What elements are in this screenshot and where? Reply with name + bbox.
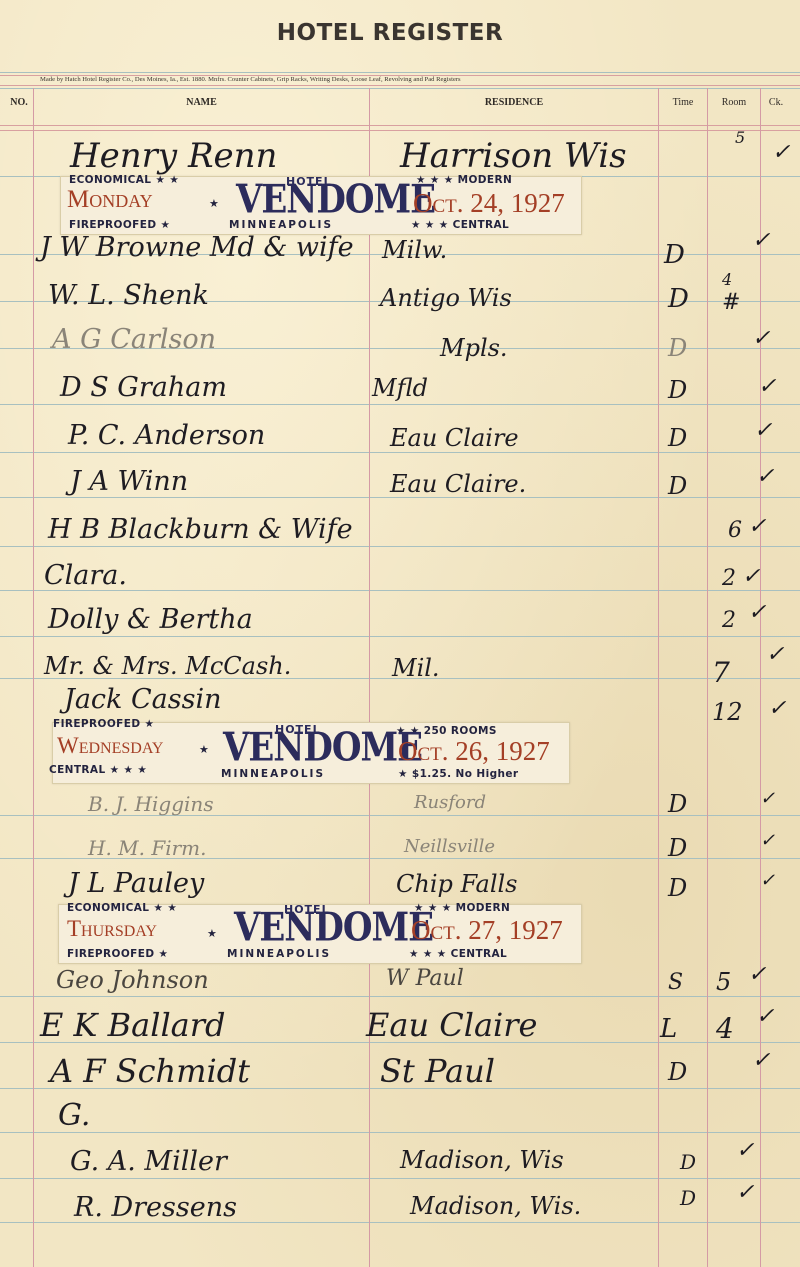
guest-name: J A Winn — [70, 466, 188, 497]
rule-line — [0, 996, 800, 997]
stamp-date: Oct. 27, 1927 — [411, 915, 563, 946]
room-number: 6 — [728, 518, 742, 543]
stamp-hotel-name: VENDOME — [234, 905, 433, 951]
check-mark: ✓ — [760, 870, 775, 891]
stamp-date: Oct. 24, 1927 — [413, 188, 565, 219]
guest-name: Dolly & Bertha — [48, 604, 253, 635]
guest-residence: Antigo Wis — [380, 284, 512, 312]
check-mark: ✓ — [760, 788, 775, 809]
guest-residence: W Paul — [386, 966, 464, 991]
check-mark: # — [722, 290, 740, 315]
star-icon: ★ — [209, 197, 219, 210]
guest-residence: Milw. — [382, 236, 447, 264]
room-number: 5 — [716, 968, 731, 996]
check-mark: ✓ — [748, 600, 766, 625]
column-rule — [369, 88, 370, 1267]
guest-residence: Eau Claire — [366, 1006, 537, 1044]
guest-name: Jack Cassin — [64, 684, 221, 715]
guest-residence: Mpls. — [440, 334, 508, 362]
stamp-bottom-center: MINNEAPOLIS — [227, 948, 331, 960]
guest-name: Mr. & Mrs. McCash. — [44, 652, 291, 680]
stamp-bottom-left: FIREPROOFED ★ — [69, 219, 170, 231]
check-mark: ✓ — [736, 1138, 754, 1163]
stamp-bottom-right: ★ ★ ★ CENTRAL — [409, 948, 507, 960]
stamp-bottom-right: ★ ★ ★ CENTRAL — [411, 219, 509, 231]
date-stamp: ECONOMICAL ★ ★ ★ ★ ★ MODERN Monday ★ HOT… — [60, 176, 582, 235]
stamp-bottom-left: CENTRAL ★ ★ ★ — [49, 764, 147, 776]
column-header-no: NO. — [4, 97, 34, 108]
time-code: D — [668, 334, 687, 362]
room-number: 5 — [735, 128, 745, 147]
stamp-day: Monday — [67, 186, 153, 214]
guest-name: Henry Renn — [70, 136, 277, 176]
rule-line — [0, 88, 800, 89]
guest-name: H. M. Firm. — [88, 836, 207, 860]
time-code: L — [660, 1014, 677, 1044]
rule-line — [0, 1132, 800, 1133]
check-mark: ✓ — [752, 326, 770, 351]
check-mark: ✓ — [756, 464, 774, 489]
check-mark: ✓ — [752, 1048, 770, 1073]
stamp-top-left: ECONOMICAL ★ ★ — [69, 174, 179, 186]
star-icon: ★ — [207, 927, 217, 940]
guest-name: E K Ballard — [40, 1006, 226, 1044]
rule-line — [0, 130, 800, 131]
check-mark: ✓ — [748, 514, 766, 539]
time-code: D — [668, 472, 687, 500]
guest-name: G. — [58, 1098, 90, 1133]
check-mark: ✓ — [736, 1180, 754, 1205]
guest-name: A G Carlson — [52, 324, 216, 355]
stamp-bottom-center: MINNEAPOLIS — [229, 219, 333, 231]
check-mark: ✓ — [756, 1004, 774, 1029]
rule-line — [0, 125, 800, 126]
guest-residence: Madison, Wis — [400, 1146, 564, 1174]
check-mark: ✓ — [742, 564, 760, 589]
time-code: D — [680, 1186, 696, 1210]
time-code: D — [680, 1150, 696, 1174]
time-code: D — [664, 240, 685, 270]
manufacturer-line: Made by Hatch Hotel Register Co., Des Mo… — [40, 76, 461, 83]
stamp-bottom-center: MINNEAPOLIS — [221, 768, 325, 780]
check-mark: ✓ — [754, 418, 772, 443]
time-code: S — [668, 970, 683, 995]
guest-name: G. A. Miller — [70, 1146, 227, 1177]
guest-name: B. J. Higgins — [88, 792, 214, 816]
stamp-bottom-right: ★ $1.25. No Higher — [398, 768, 518, 780]
time-code: D — [668, 284, 689, 314]
column-rule — [658, 88, 659, 1267]
rule-line — [0, 546, 800, 547]
time-code: D — [668, 790, 687, 818]
guest-residence: Madison, Wis. — [410, 1192, 581, 1220]
rule-line — [0, 72, 800, 73]
stamp-day: Thursday — [67, 916, 157, 942]
stamp-top-left: ECONOMICAL ★ ★ — [67, 902, 177, 914]
register-title: HOTEL REGISTER — [0, 20, 780, 46]
star-icon: ★ — [199, 743, 209, 756]
guest-name: J W Browne Md & wife — [40, 232, 354, 263]
check-mark: ✓ — [772, 140, 790, 165]
rule-line — [0, 1178, 800, 1179]
room-number: 7 — [712, 656, 730, 689]
rule-line — [0, 75, 800, 76]
check-mark: ✓ — [752, 228, 770, 253]
guest-name: D S Graham — [60, 372, 227, 403]
rule-line — [0, 452, 800, 453]
guest-residence: Rusford — [414, 792, 486, 813]
guest-residence: Neillsville — [404, 836, 495, 857]
time-code: D — [668, 424, 687, 452]
room-number: 2 — [722, 566, 736, 591]
column-header-time: Time — [659, 97, 707, 108]
column-rule — [707, 88, 708, 1267]
guest-residence: Eau Claire — [390, 424, 519, 452]
stamp-bottom-left: FIREPROOFED ★ — [67, 948, 168, 960]
column-header-room: Room — [708, 97, 760, 108]
column-rule — [760, 88, 761, 1267]
guest-name: A F Schmidt — [50, 1052, 250, 1090]
time-code: D — [668, 376, 687, 404]
stamp-hotel-name: VENDOME — [236, 177, 435, 223]
room-number: 12 — [712, 698, 743, 726]
guest-name: P. C. Anderson — [68, 420, 265, 451]
room-number: 4 — [716, 1012, 734, 1045]
column-rule — [33, 88, 34, 1267]
guest-name: R. Dressens — [74, 1192, 237, 1223]
stamp-top-left: FIREPROOFED ★ — [53, 718, 154, 730]
stamp-hotel-name: VENDOME — [223, 725, 422, 771]
guest-name: Clara. — [44, 560, 127, 591]
check-mark: ✓ — [758, 374, 776, 399]
check-mark: ✓ — [766, 642, 784, 667]
guest-residence: Harrison Wis — [400, 136, 627, 176]
rule-line — [0, 404, 800, 405]
time-code: D — [668, 874, 687, 902]
column-header-ck: Ck. — [761, 97, 791, 108]
stamp-day: Wednesday — [57, 733, 163, 759]
rule-line — [0, 636, 800, 637]
time-code: D — [668, 1058, 687, 1086]
guest-residence: Chip Falls — [396, 870, 518, 898]
check-mark: ✓ — [768, 696, 786, 721]
guest-name: J L Pauley — [68, 868, 204, 899]
guest-residence: Mil. — [392, 654, 440, 682]
date-stamp: FIREPROOFED ★ ★ ★ 250 ROOMS Wednesday ★ … — [52, 722, 570, 784]
time-code: D — [668, 834, 687, 862]
rule-line — [0, 85, 800, 86]
date-stamp: ECONOMICAL ★ ★ ★ ★ ★ MODERN Thursday ★ H… — [58, 904, 582, 964]
room-number: 2 — [722, 608, 736, 633]
guest-name: Geo Johnson — [56, 966, 209, 994]
guest-name: W. L. Shenk — [48, 280, 209, 311]
check-mark: ✓ — [760, 830, 775, 851]
column-header-residence: RESIDENCE — [370, 97, 658, 108]
check-mark: ✓ — [748, 962, 766, 987]
guest-residence: Mfld — [372, 374, 428, 402]
guest-name: H B Blackburn & Wife — [48, 514, 353, 545]
room-number: 4 — [722, 270, 732, 289]
guest-residence: St Paul — [380, 1052, 495, 1090]
stamp-date: Oct. 26, 1927 — [398, 736, 550, 767]
guest-residence: Eau Claire. — [390, 470, 526, 498]
column-header-name: NAME — [34, 97, 369, 108]
